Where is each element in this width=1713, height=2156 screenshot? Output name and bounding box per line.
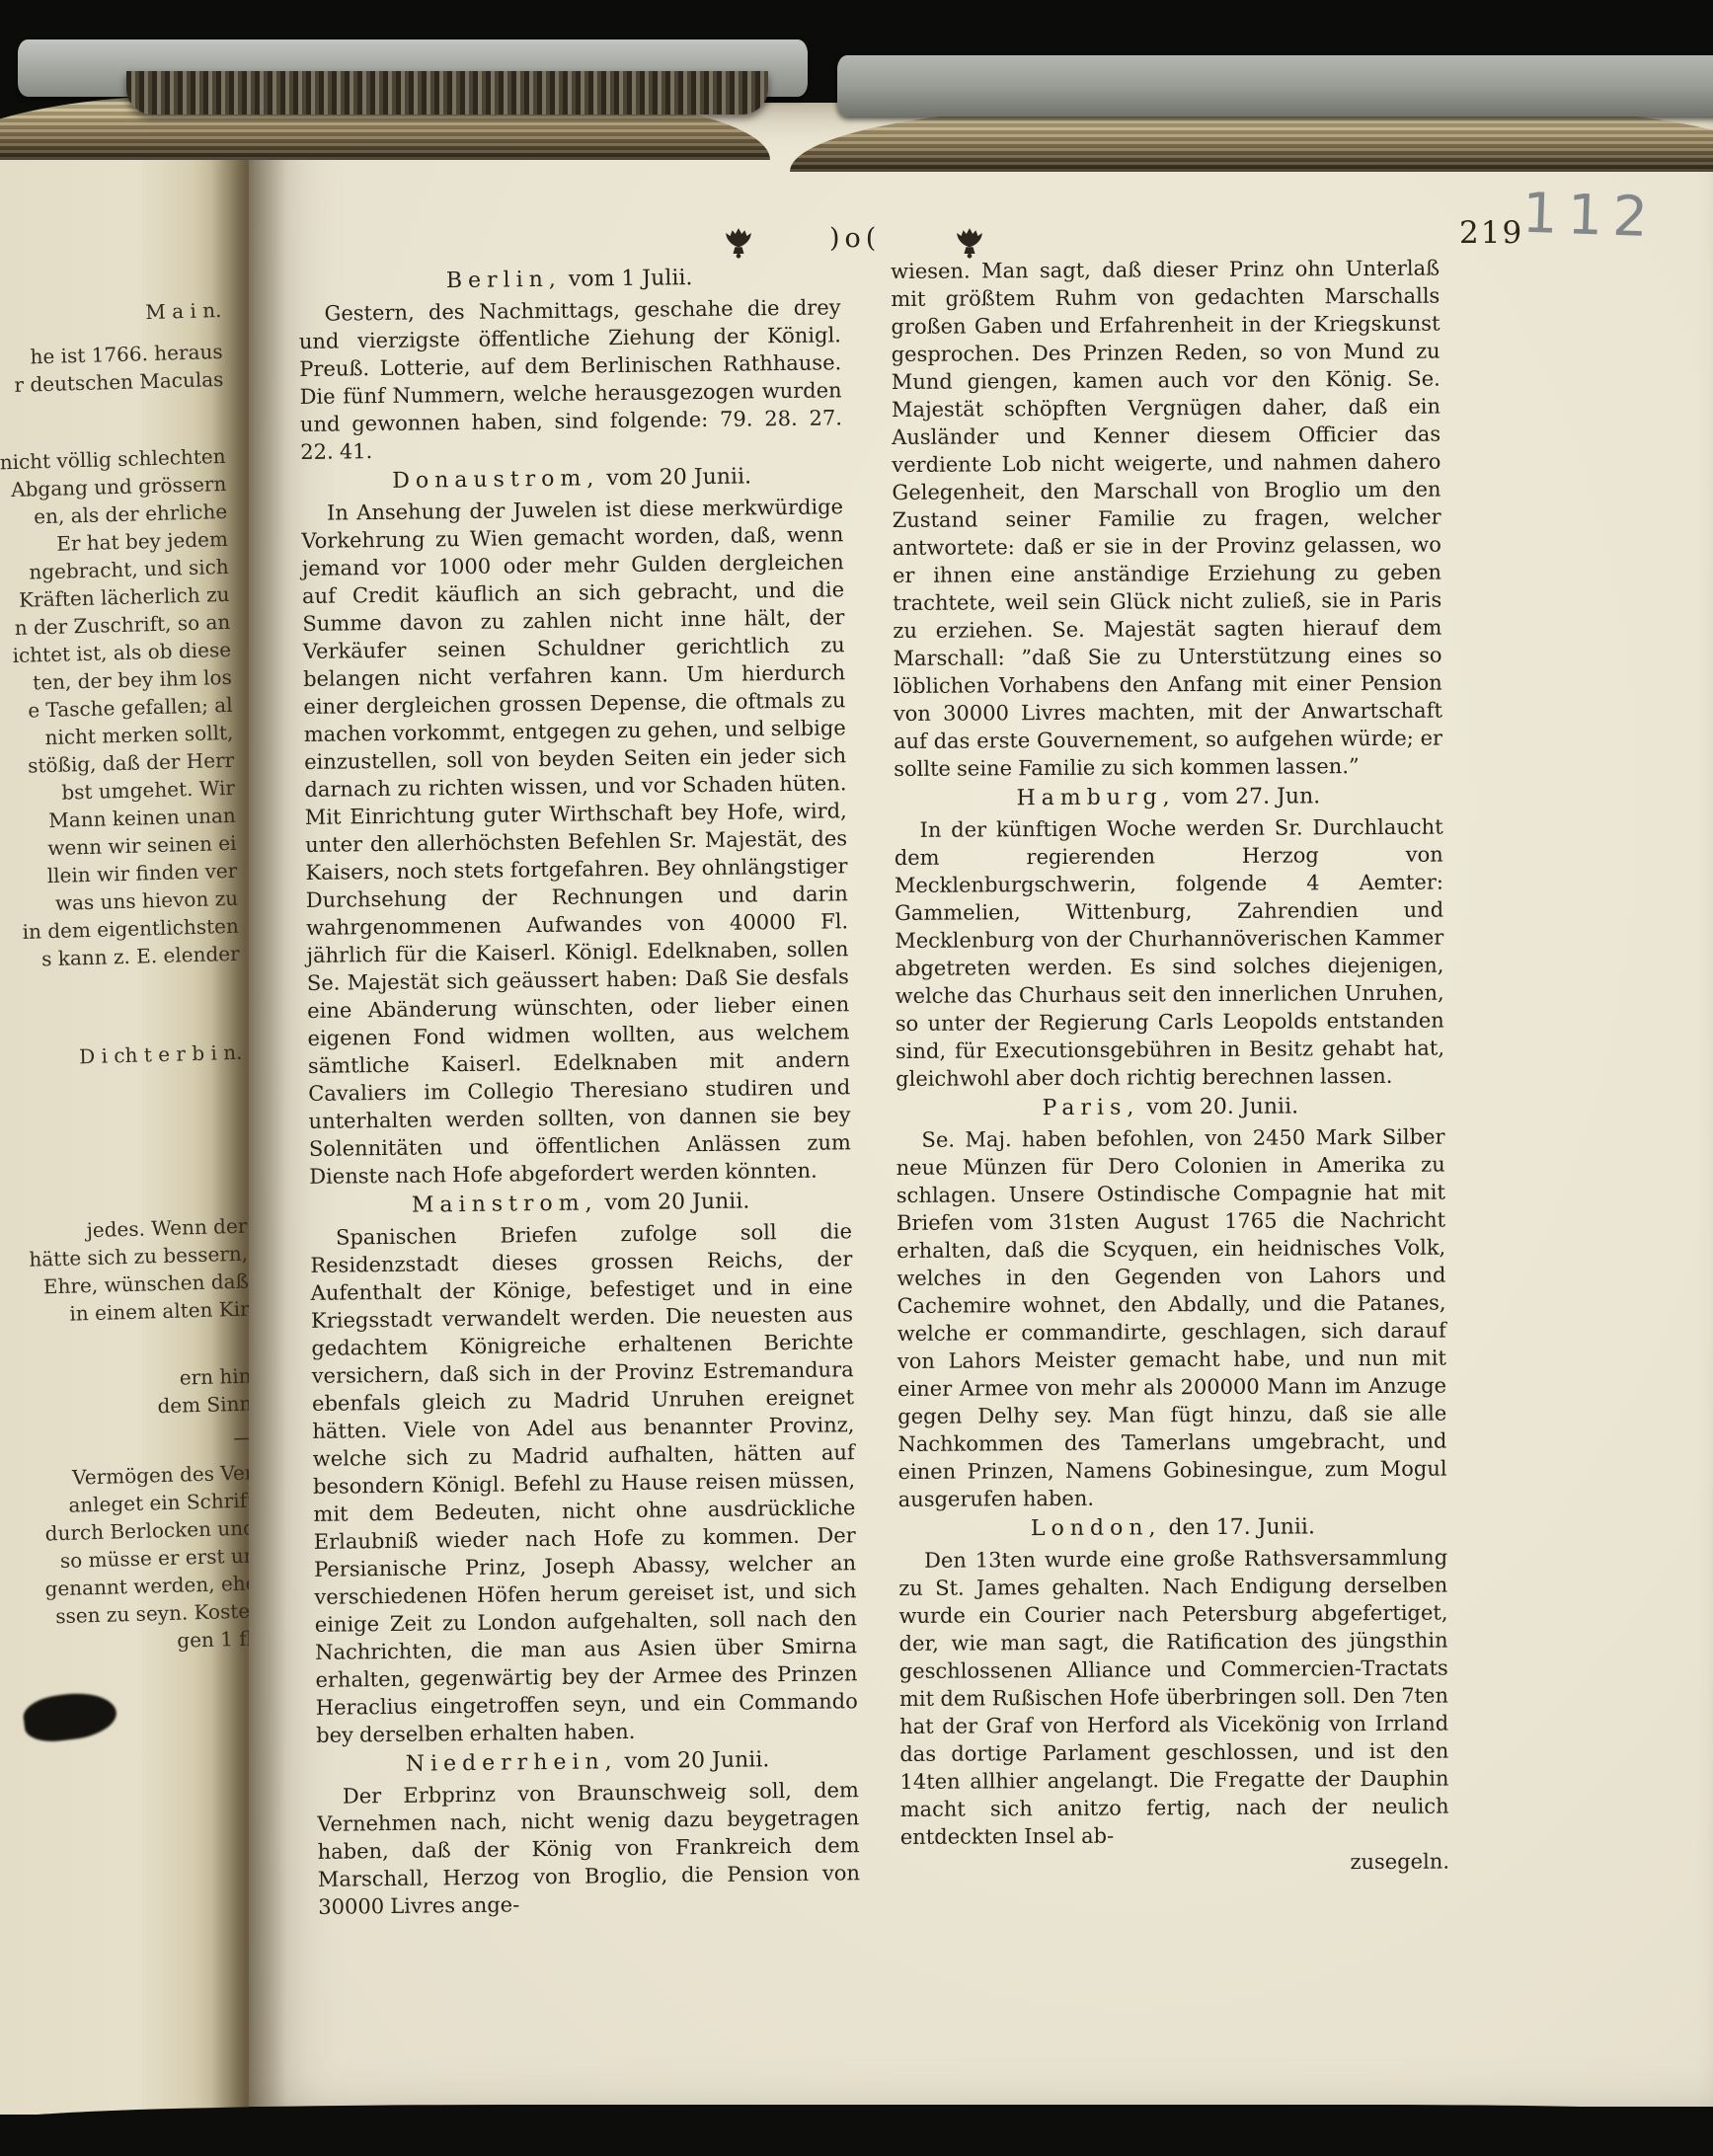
article-body: wiesen. Man sagt, daß dieser Prinz ohn U… <box>891 255 1442 783</box>
main-page: )o( 219 112 Berlin, vom 1 Julii.Gestern,… <box>249 103 1713 2107</box>
dateline-date: den 17. Junii. <box>1161 1514 1315 1540</box>
dateline-place: Berlin, <box>446 268 562 293</box>
fragment-line: gen 1 fl. <box>4 1624 260 1658</box>
fragment-group: jedes. Wenn derhätte sich zu bessern,Ehr… <box>0 1212 250 1330</box>
dateline-date: vom 20 Junii. <box>617 1747 769 1774</box>
article-heading: London, den 17. Junii. <box>898 1512 1447 1545</box>
left-page-text-fragments: M a i n.he ist 1766. herausr deutschen M… <box>0 296 259 1659</box>
fragment-group: Vermögen des Veranleget ein Schriftdurch… <box>0 1459 259 1659</box>
fragment-line: M a i n. <box>0 296 222 331</box>
dateline-place: Paris, <box>1042 1095 1139 1120</box>
column-2: wiesen. Man sagt, daß dieser Prinz ohn U… <box>891 255 1449 1912</box>
article-heading: Niederrhein, vom 20 Junii. <box>316 1744 858 1781</box>
dateline-place: Hamburg, <box>1016 785 1175 810</box>
dateline-date: vom 1 Julii. <box>562 266 693 292</box>
dateline-date: vom 27. Jun. <box>1175 784 1320 809</box>
fragment-line: in einem alten Kir <box>0 1295 250 1330</box>
dateline-place: Donaustrom, <box>392 466 599 494</box>
dateline-place: London, <box>1031 1515 1162 1541</box>
text-columns: Berlin, vom 1 Julii.Gestern, des Nachmit… <box>298 253 1454 1921</box>
article-body: Gestern, des Nachmittags, geschahe die d… <box>298 293 842 466</box>
article-heading: Mainstrom, vom 20 Junii. <box>309 1186 851 1222</box>
fragment-group: M a i n. <box>0 296 222 331</box>
fragment-group: D i ch t e r b i n. <box>0 1039 243 1073</box>
article-tail-line: zusegeln. <box>900 1848 1449 1879</box>
article-heading: Donaustrom, vom 20 Junii. <box>300 461 842 498</box>
dateline-place: Niederrhein, <box>406 1749 618 1777</box>
fragment-line: D i ch t e r b i n. <box>0 1039 243 1073</box>
article-body: Se. Maj. haben befohlen, von 2450 Mark S… <box>895 1123 1446 1513</box>
dateline-place: Mainstrom, <box>412 1191 598 1217</box>
fragment-group: nicht völlig schlechtenAbgang und grösse… <box>0 442 240 974</box>
fragment-line: — <box>0 1424 254 1458</box>
article-heading: Hamburg, vom 27. Jun. <box>894 782 1442 814</box>
spine-cloth-left <box>18 39 808 97</box>
article-body: Der Erbprinz von Braunschweig soll, dem … <box>317 1776 861 1921</box>
fragment-group: ern hindem Sinn <box>0 1362 253 1424</box>
handwritten-folio-number: 112 <box>1521 182 1659 251</box>
article-body: In der künftigen Woche werden Sr. Durchl… <box>895 813 1445 1093</box>
column-1: Berlin, vom 1 Julii.Gestern, des Nachmit… <box>298 260 860 1921</box>
fragment-group: — <box>0 1424 254 1458</box>
shell-ornament-icon <box>721 225 756 265</box>
article-body: In Ansehung der Juwelen ist diese merkwü… <box>301 493 852 1191</box>
fragment-line: dem Sinn <box>0 1390 253 1424</box>
dateline-date: vom 20 Junii. <box>597 1189 749 1215</box>
page-number: 219 <box>1459 215 1523 251</box>
article-body: Den 13ten wurde eine große Rathsversamml… <box>898 1544 1449 1851</box>
article-heading: Paris, vom 20. Junii. <box>895 1092 1444 1124</box>
dateline-date: vom 20 Junii. <box>599 464 751 491</box>
fragment-line: r deutschen Maculas <box>0 365 224 400</box>
left-page-fragment: M a i n.he ist 1766. herausr deutschen M… <box>0 126 249 2115</box>
dateline-date: vom 20. Junii. <box>1139 1094 1298 1119</box>
background-top <box>0 0 1713 85</box>
article-heading: Berlin, vom 1 Julii. <box>298 262 840 298</box>
background-bottom <box>0 2105 1713 2156</box>
article-body: Spanischen Briefen zufolge soll die Resi… <box>310 1217 858 1749</box>
fragment-group: he ist 1766. herausr deutschen Maculas <box>0 338 224 400</box>
scanned-book-page: M a i n.he ist 1766. herausr deutschen M… <box>0 0 1713 2156</box>
printer-mark: )o( <box>829 223 881 254</box>
